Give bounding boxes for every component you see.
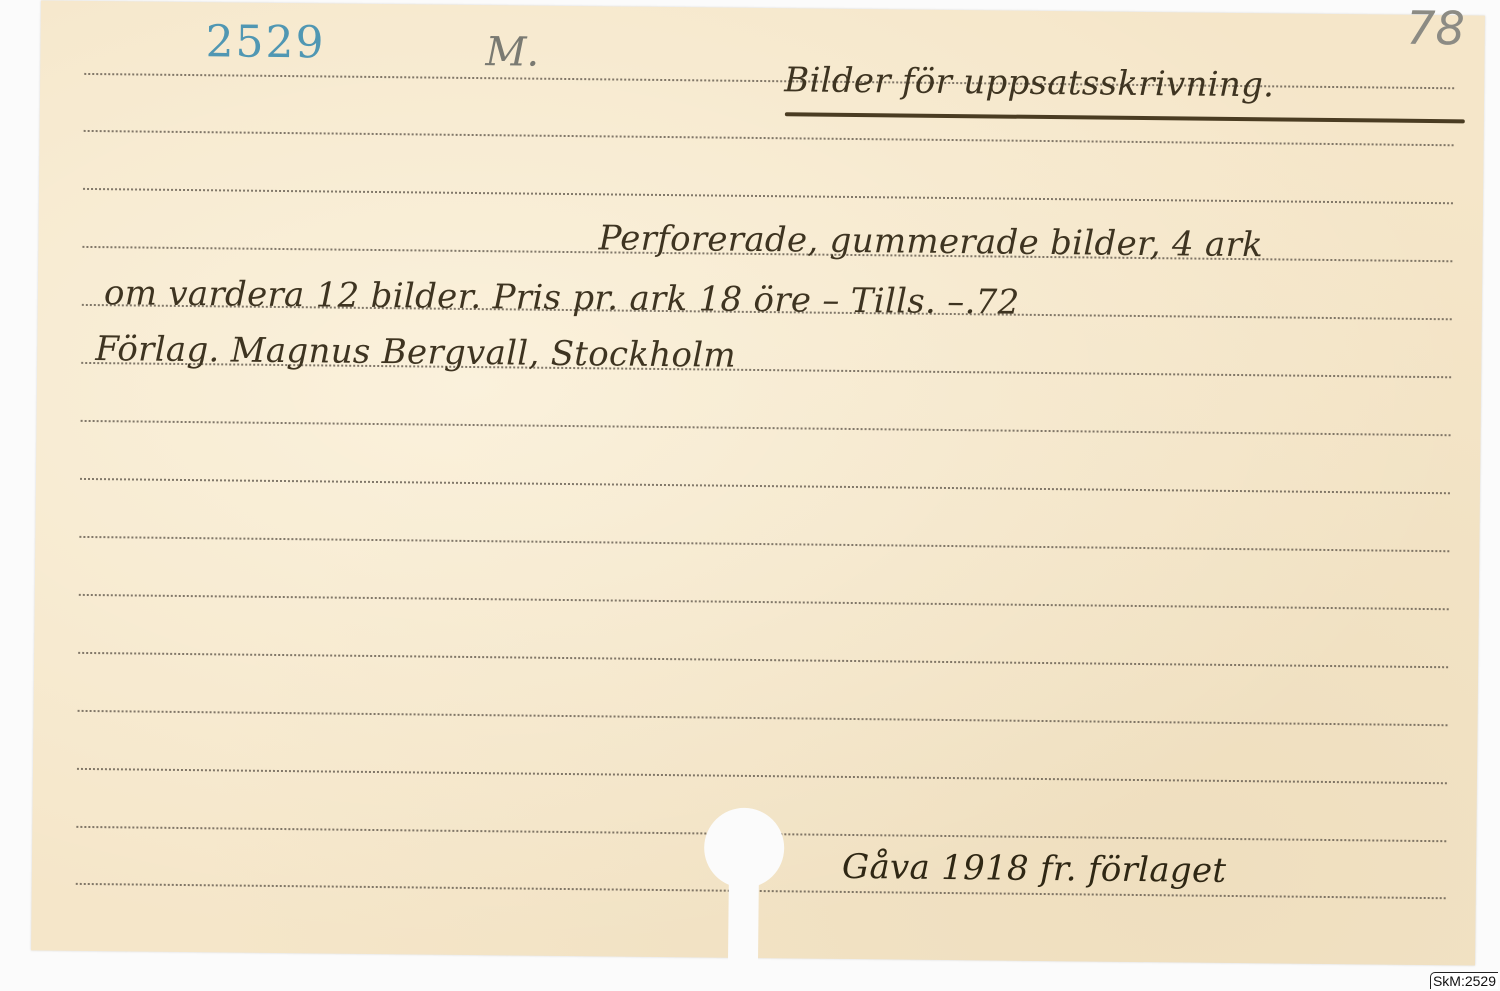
dotted-rule [78, 652, 1448, 668]
archive-id-label: SkM:2529 [1430, 972, 1498, 989]
dotted-rule [79, 594, 1449, 610]
dotted-rule [80, 478, 1450, 494]
filing-slot [728, 868, 759, 968]
body-line-3: Förlag. Magnus Bergvall, Stockholm [95, 329, 736, 376]
body-line-2: om vardera 12 bilder. Pris pr. ark 18 ör… [104, 273, 1020, 323]
corner-number: 78 [1406, 1, 1465, 56]
dotted-rule [84, 130, 1454, 146]
body-line-1: Perforerade, gummerade bilder, 4 ark [598, 218, 1263, 265]
acquisition-note: Gåva 1918 fr. förlaget [842, 847, 1227, 891]
dotted-rule [81, 420, 1451, 436]
dotted-rule [83, 188, 1453, 204]
index-card: 2529 M. 78 Bilder för uppsatsskrivning. … [31, 0, 1485, 965]
card-title: Bilder för uppsatsskrivning. [784, 60, 1274, 105]
dotted-rule [79, 536, 1449, 552]
dotted-rule [77, 768, 1447, 784]
title-underline [785, 112, 1465, 123]
dotted-rule [76, 883, 1446, 899]
dotted-rule [78, 710, 1448, 726]
category-mark: M. [485, 29, 539, 76]
catalog-number-stamp: 2529 [205, 16, 326, 68]
